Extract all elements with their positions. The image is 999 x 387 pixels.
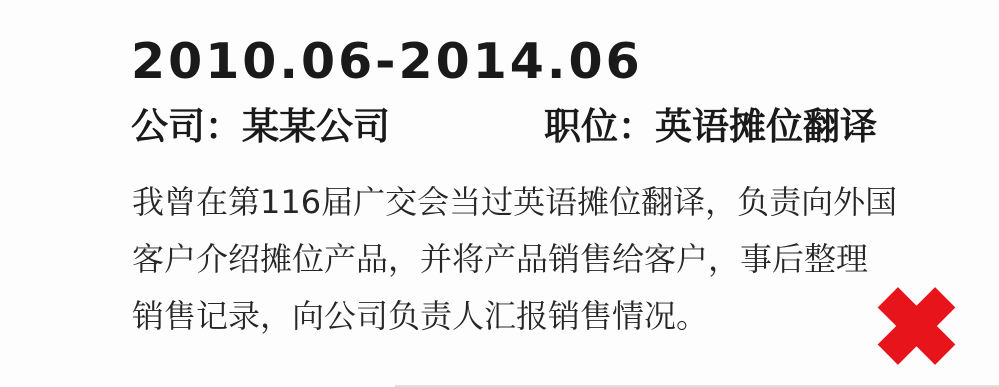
- red-x-strokes: [888, 297, 945, 354]
- description-line-3: 销售记录，向公司负责人汇报销售情况。: [132, 288, 932, 345]
- company-label: 公司：某某公司: [131, 103, 390, 151]
- experience-description: 我曾在第116届广交会当过英语摊位翻译，负责向外国 客户介绍摊位产品，并将产品销…: [132, 174, 932, 345]
- date-range-heading: 2010.06-2014.06: [131, 34, 643, 90]
- red-x-icon: [867, 276, 966, 376]
- resume-example-card: 2010.06-2014.06 公司：某某公司 职位：英语摊位翻译 我曾在第11…: [0, 0, 999, 387]
- description-line-2: 客户介绍摊位产品，并将产品销售给客户，事后整理: [132, 231, 932, 288]
- description-line-1: 我曾在第116届广交会当过英语摊位翻译，负责向外国: [132, 174, 932, 231]
- position-label: 职位：英语摊位翻译: [544, 103, 877, 151]
